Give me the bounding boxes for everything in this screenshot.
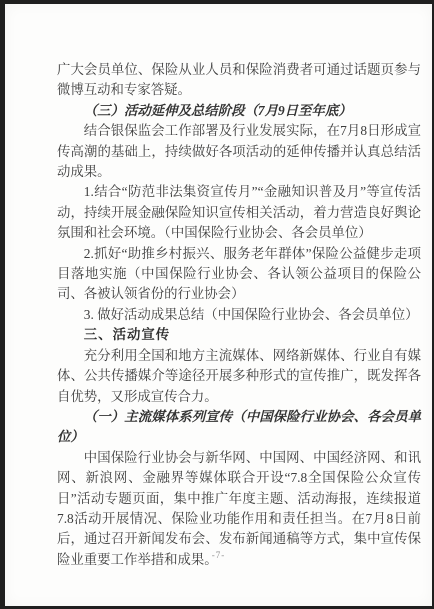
subsection-heading-stage3: （三）活动延伸及总结阶段（7月9日至年底） (57, 101, 421, 121)
paragraph-continuation: 广大会员单位、保险从业人员和保险消费者可通过话题页参与微博互动和专家答疑。 (57, 60, 421, 101)
paragraph: 充分利用全国和地方主流媒体、网络新媒体、行业自有媒体、公共传播媒介等途径开展多种… (57, 346, 421, 407)
paragraph: 结合银保监会工作部署及行业发展实际，在7月8日形成宣传高潮的基础上，持续做好各项… (57, 121, 421, 182)
scanned-document-frame: 广大会员单位、保险从业人员和保险消费者可通过话题页参与微博互动和专家答疑。 （三… (0, 0, 434, 609)
paragraph-item-1: 1.结合“防范非法集资宣传月”“金融知识普及月”等宣传活动，持续开展金融保险知识… (57, 182, 421, 243)
document-page: 广大会员单位、保险从业人员和保险消费者可通过话题页参与微博互动和专家答疑。 （三… (5, 4, 432, 606)
page-number: -7- (5, 550, 432, 560)
paragraph-item-3: 3. 做好活动成果总结（中国保险行业协会、各会员单位） (57, 305, 421, 325)
document-text-block: 广大会员单位、保险从业人员和保险消费者可通过话题页参与微博互动和专家答疑。 （三… (57, 60, 421, 570)
section-heading-publicity: 三、活动宣传 (57, 325, 421, 345)
subsection-heading-media: （一）主流媒体系列宣传（中国保险行业协会、各会员单位） (57, 407, 421, 448)
paragraph-item-2: 2.抓好“助推乡村振兴、服务老年群体”保险公益健步走项目落地实施（中国保险行业协… (57, 244, 421, 305)
